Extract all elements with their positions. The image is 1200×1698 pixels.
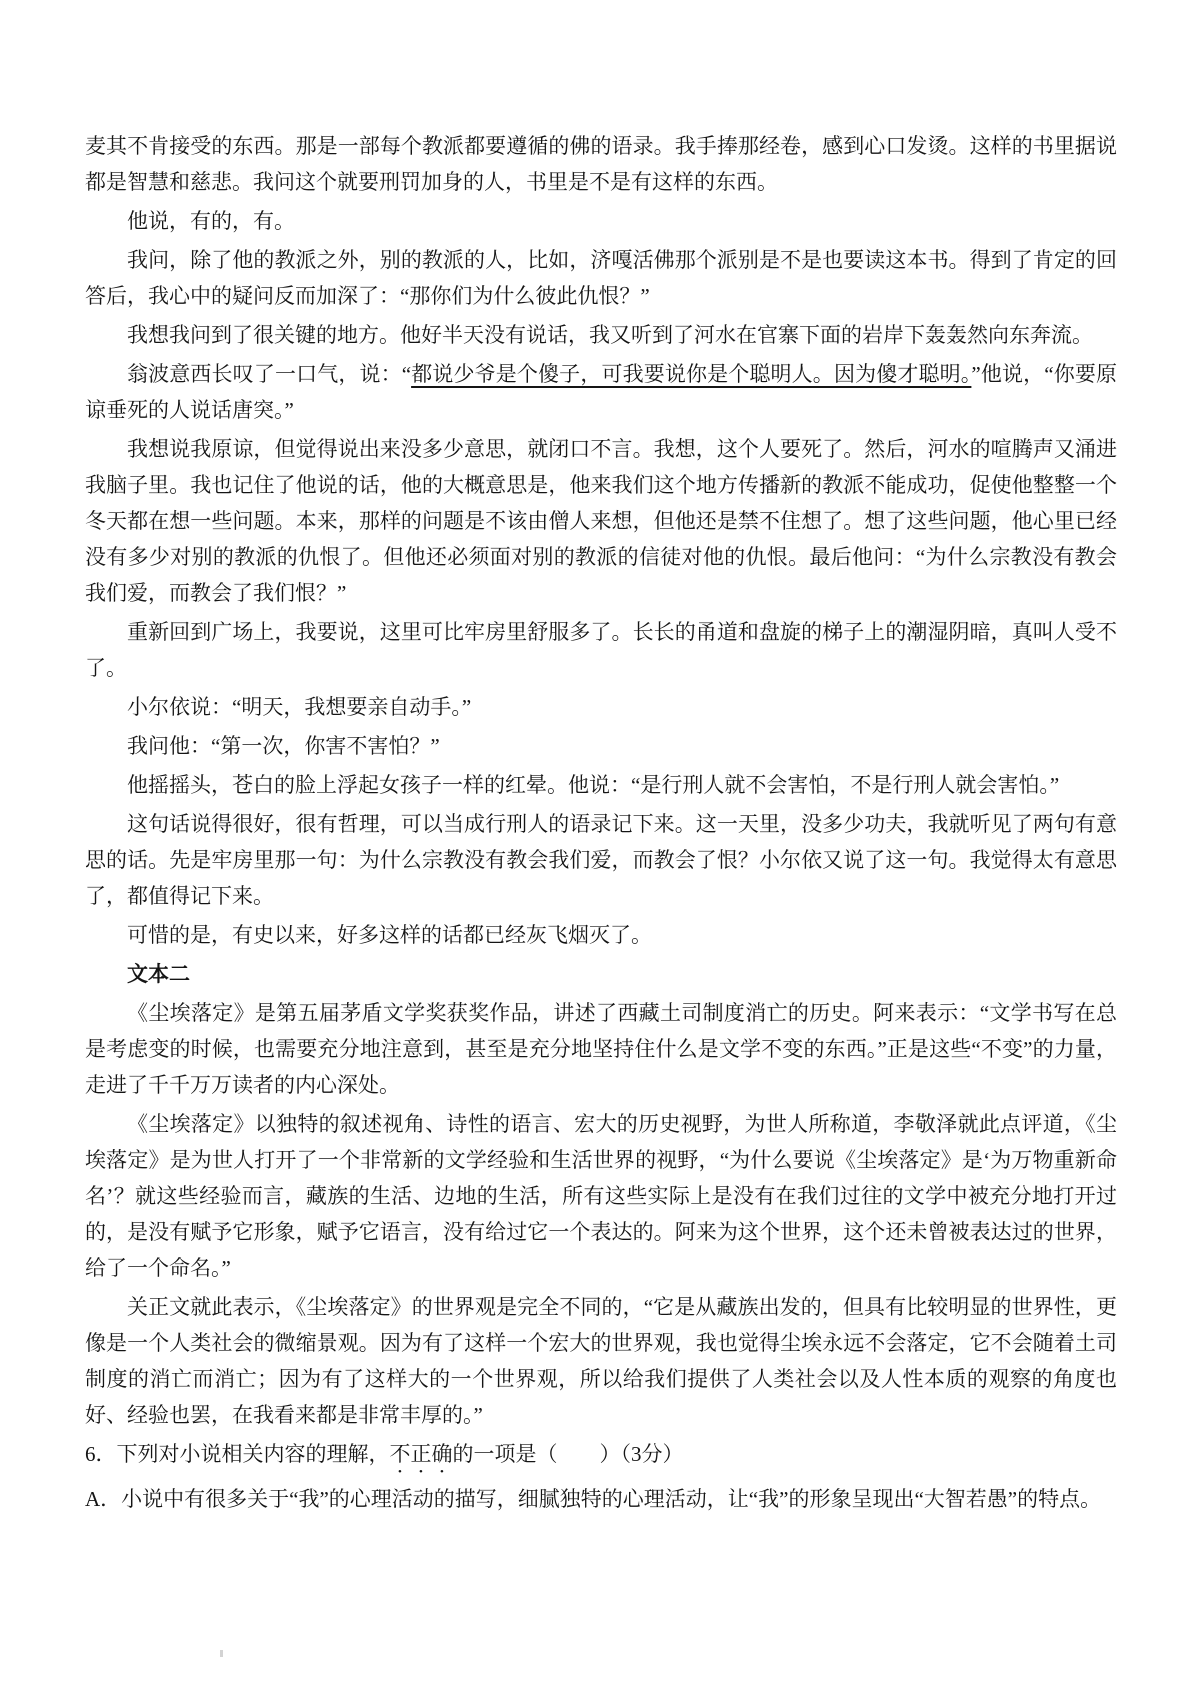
text-segment: 6．下列对小说相关内容的理解， [85, 1442, 390, 1466]
text-segment: 我想说我原谅，但觉得说出来没多少意思，就闭口不言。我想，这个人要死了。然后，河水… [85, 437, 1117, 605]
section-heading-text2: 文本二 [85, 956, 1117, 992]
paragraph-with-underline: 翁波意西长叹了一口气，说：“都说少爷是个傻子，可我要说你是个聪明人。因为傻才聪明… [85, 356, 1117, 428]
underlined-text: 都说少爷是个傻子，可我要说你是个聪明人。因为傻才聪明。 [411, 362, 971, 386]
text-segment: 我问，除了他的教派之外，别的教派的人，比如，济嘎活佛那个派别是不是也要读这本书。… [85, 248, 1117, 308]
text-segment: 《尘埃落定》是第五届茅盾文学奖获奖作品，讲述了西藏土司制度消亡的历史。阿来表示：… [85, 1001, 1117, 1097]
paragraph-continuation: 麦其不肯接受的东西。那是一部每个教派都要遵循的佛的语录。我手捧那经卷，感到心口发… [85, 128, 1117, 200]
scan-artifact [220, 1650, 223, 1657]
text-segment: 《尘埃落定》以独特的叙述视角、诗性的语言、宏大的历史视野，为世人所称道，李敬泽就… [85, 1112, 1117, 1280]
text-segment: 的一项是（ ）（3分） [453, 1442, 684, 1466]
text-segment: 这句话说得很好，很有哲理，可以当成行刑人的语录记下来。这一天里，没多少功夫，我就… [85, 812, 1117, 908]
paragraph: 这句话说得很好，很有哲理，可以当成行刑人的语录记下来。这一天里，没多少功夫，我就… [85, 806, 1117, 914]
paragraph: 《尘埃落定》是第五届茅盾文学奖获奖作品，讲述了西藏土司制度消亡的历史。阿来表示：… [85, 995, 1117, 1103]
text-segment: 关正文就此表示，《尘埃落定》的世界观是完全不同的，“它是从藏族出发的，但具有比较… [85, 1295, 1117, 1427]
paragraph: 我想说我原谅，但觉得说出来没多少意思，就闭口不言。我想，这个人要死了。然后，河水… [85, 431, 1117, 611]
paragraph: 他说，有的，有。 [85, 203, 1117, 239]
text-segment: 重新回到广场上，我要说，这里可比牢房里舒服多了。长长的甬道和盘旋的梯子上的潮湿阴… [85, 620, 1117, 680]
paragraph: 我问他：“第一次，你害不害怕？” [85, 728, 1117, 764]
text-segment: 可惜的是，有史以来，好多这样的话都已经灰飞烟灭了。 [127, 923, 652, 947]
article: 麦其不肯接受的东西。那是一部每个教派都要遵循的佛的语录。我手捧那经卷，感到心口发… [85, 128, 1117, 1517]
text-segment: 我问他：“第一次，你害不害怕？” [127, 734, 440, 758]
option-a: A．小说中有很多关于“我”的心理活动的描写，细腻独特的心理活动，让“我”的形象呈… [85, 1481, 1117, 1517]
text-segment: 我想我问到了很关键的地方。他好半天没有说话，我又听到了河水在官寨下面的岩岸下轰轰… [127, 323, 1093, 347]
paragraph: 重新回到广场上，我要说，这里可比牢房里舒服多了。长长的甬道和盘旋的梯子上的潮湿阴… [85, 614, 1117, 686]
text-segment: 文本二 [127, 962, 190, 986]
paragraph: 我问，除了他的教派之外，别的教派的人，比如，济嘎活佛那个派别是不是也要读这本书。… [85, 242, 1117, 314]
paragraph: 可惜的是，有史以来，好多这样的话都已经灰飞烟灭了。 [85, 917, 1117, 953]
paragraph: 《尘埃落定》以独特的叙述视角、诗性的语言、宏大的历史视野，为世人所称道，李敬泽就… [85, 1106, 1117, 1286]
question-6: 6．下列对小说相关内容的理解，不正确的一项是（ ）（3分） [85, 1436, 1117, 1478]
text-segment: 麦其不肯接受的东西。那是一部每个教派都要遵循的佛的语录。我手捧那经卷，感到心口发… [85, 134, 1117, 194]
text-segment: 他摇摇头，苍白的脸上浮起女孩子一样的红晕。他说：“是行刑人就不会害怕，不是行刑人… [127, 773, 1059, 797]
emphasis-dots-text: 不正确 [390, 1442, 453, 1466]
text-segment: 小尔依说：“明天，我想要亲自动手。” [127, 695, 471, 719]
text-segment: A．小说中有很多关于“我”的心理活动的描写，细腻独特的心理活动，让“我”的形象呈… [85, 1487, 1101, 1511]
paragraph: 我想我问到了很关键的地方。他好半天没有说话，我又听到了河水在官寨下面的岩岸下轰轰… [85, 317, 1117, 353]
paragraph: 关正文就此表示，《尘埃落定》的世界观是完全不同的，“它是从藏族出发的，但具有比较… [85, 1289, 1117, 1433]
text-segment: 翁波意西长叹了一口气，说：“ [127, 362, 411, 386]
exam-page: 麦其不肯接受的东西。那是一部每个教派都要遵循的佛的语录。我手捧那经卷，感到心口发… [0, 0, 1200, 1698]
text-segment: 他说，有的，有。 [127, 209, 295, 233]
paragraph: 小尔依说：“明天，我想要亲自动手。” [85, 689, 1117, 725]
paragraph: 他摇摇头，苍白的脸上浮起女孩子一样的红晕。他说：“是行刑人就不会害怕，不是行刑人… [85, 767, 1117, 803]
